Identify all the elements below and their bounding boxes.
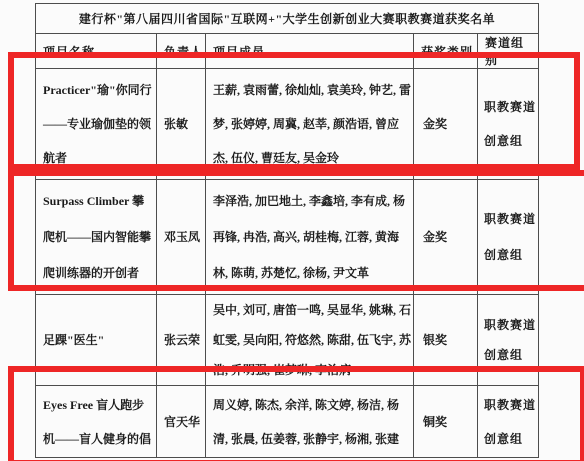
col-header-award: 获奖类别 (414, 34, 478, 69)
col-header-project-name: 项目名称 (36, 34, 157, 69)
table-row: Surpass Climber 攀 爬机——国内智能攀 爬训练器的开创者 邓玉凤… (36, 180, 539, 295)
award-cell: 金奖 (414, 69, 478, 180)
track-line: 职教赛道 (484, 310, 536, 340)
award-cell: 银奖 (414, 295, 478, 386)
project-name-line: 机——盲人健身的倡 (43, 422, 154, 456)
members-line: 王薪, 袁雨蕾, 徐灿灿, 袁美玲, 钟艺, 雷 (213, 73, 411, 107)
project-name-line: 足踝"医生" (43, 325, 154, 355)
col-header-leader: 负责人 (157, 34, 206, 69)
award-cell: 金奖 (414, 180, 478, 295)
table-row: 足踝"医生" 张云荣 吴中, 刘可, 唐笛一鸣, 吴显华, 姚琳, 石 虹雯, … (36, 295, 539, 386)
members-line: 再锋, 冉浩, 高兴, 胡桂梅, 江蓉, 黄海 (213, 219, 411, 255)
title-row: 建行杯"第八届四川省国际"互联网+"大学生创新创业大赛职教赛道获奖名单 (36, 4, 539, 34)
track-cell: 职教赛道 创意组 (478, 295, 539, 386)
project-name-cell: 足踝"医生" (36, 295, 157, 386)
project-name-cell: Practicer"瑜"你同行 ——专业瑜伽垫的领 航者 (36, 69, 157, 180)
track-line: 创意组 (484, 340, 536, 370)
members-cell: 王薪, 袁雨蕾, 徐灿灿, 袁美玲, 钟艺, 雷 梦, 张婷婷, 周冀, 赵莘,… (206, 69, 414, 180)
award-list-table: 建行杯"第八届四川省国际"互联网+"大学生创新创业大赛职教赛道获奖名单 项目名称… (35, 3, 539, 458)
members-line: 虹雯, 吴向阳, 符悠然, 陈甜, 伍飞宇, 苏 (213, 325, 411, 355)
track-line: 职教赛道 (484, 90, 536, 124)
track-line: 创意组 (484, 237, 536, 273)
members-cell: 李泽浩, 加巴地土, 李鑫培, 李有成, 杨 再锋, 冉浩, 高兴, 胡桂梅, … (206, 180, 414, 295)
project-name-line: ——专业瑜伽垫的领 (43, 107, 154, 141)
project-name-cell: Eyes Free 盲人跑步 机——盲人健身的倡 (36, 386, 157, 458)
members-line: 梦, 张婷婷, 周冀, 赵莘, 颜浩语, 曾应 (213, 107, 411, 141)
track-line: 职教赛道 (484, 388, 536, 422)
members-line: 浩, 乔明强, 崔梦琳, 李治病 (213, 355, 411, 385)
track-cell: 职教赛道 创意组 (478, 180, 539, 295)
members-cell: 吴中, 刘可, 唐笛一鸣, 吴显华, 姚琳, 石 虹雯, 吴向阳, 符悠然, 陈… (206, 295, 414, 386)
table-title: 建行杯"第八届四川省国际"互联网+"大学生创新创业大赛职教赛道获奖名单 (36, 4, 539, 34)
track-line: 创意组 (484, 124, 536, 158)
members-line: 清, 张晨, 伍姜蓉, 张静宇, 杨湘, 张建 (213, 422, 411, 456)
track-cell: 职教赛道 创意组 (478, 386, 539, 458)
header-row: 项目名称 负责人 项目成员 获奖类别 赛道组别 (36, 34, 539, 69)
members-line: 周义婷, 陈杰, 余洋, 陈文婷, 杨洁, 杨 (213, 388, 411, 422)
project-name-line: 爬训练器的开创者 (43, 255, 154, 291)
members-cell: 周义婷, 陈杰, 余洋, 陈文婷, 杨洁, 杨 清, 张晨, 伍姜蓉, 张静宇,… (206, 386, 414, 458)
members-line: 杰, 伍仪, 曹廷友, 吴金玲 (213, 141, 411, 175)
col-header-members: 项目成员 (206, 34, 414, 69)
members-line: 吴中, 刘可, 唐笛一鸣, 吴显华, 姚琳, 石 (213, 295, 411, 325)
members-line: 林, 陈萌, 苏楚忆, 徐杨, 尹文革 (213, 255, 411, 291)
project-name-line: 航者 (43, 141, 154, 175)
members-line: 李泽浩, 加巴地土, 李鑫培, 李有成, 杨 (213, 183, 411, 219)
col-header-track: 赛道组别 (478, 34, 539, 69)
leader-cell: 张敏 (157, 69, 206, 180)
table-row: Practicer"瑜"你同行 ——专业瑜伽垫的领 航者 张敏 王薪, 袁雨蕾,… (36, 69, 539, 180)
award-cell: 铜奖 (414, 386, 478, 458)
leader-cell: 邓玉凤 (157, 180, 206, 295)
project-name-cell: Surpass Climber 攀 爬机——国内智能攀 爬训练器的开创者 (36, 180, 157, 295)
track-line: 创意组 (484, 422, 536, 456)
project-name-line: 爬机——国内智能攀 (43, 219, 154, 255)
leader-cell: 官天华 (157, 386, 206, 458)
table-row: Eyes Free 盲人跑步 机——盲人健身的倡 官天华 周义婷, 陈杰, 余洋… (36, 386, 539, 458)
track-line: 职教赛道 (484, 201, 536, 237)
leader-cell: 张云荣 (157, 295, 206, 386)
project-name-line: Surpass Climber 攀 (43, 183, 154, 219)
track-cell: 职教赛道 创意组 (478, 69, 539, 180)
project-name-line: Practicer"瑜"你同行 (43, 73, 154, 107)
project-name-line: Eyes Free 盲人跑步 (43, 388, 154, 422)
